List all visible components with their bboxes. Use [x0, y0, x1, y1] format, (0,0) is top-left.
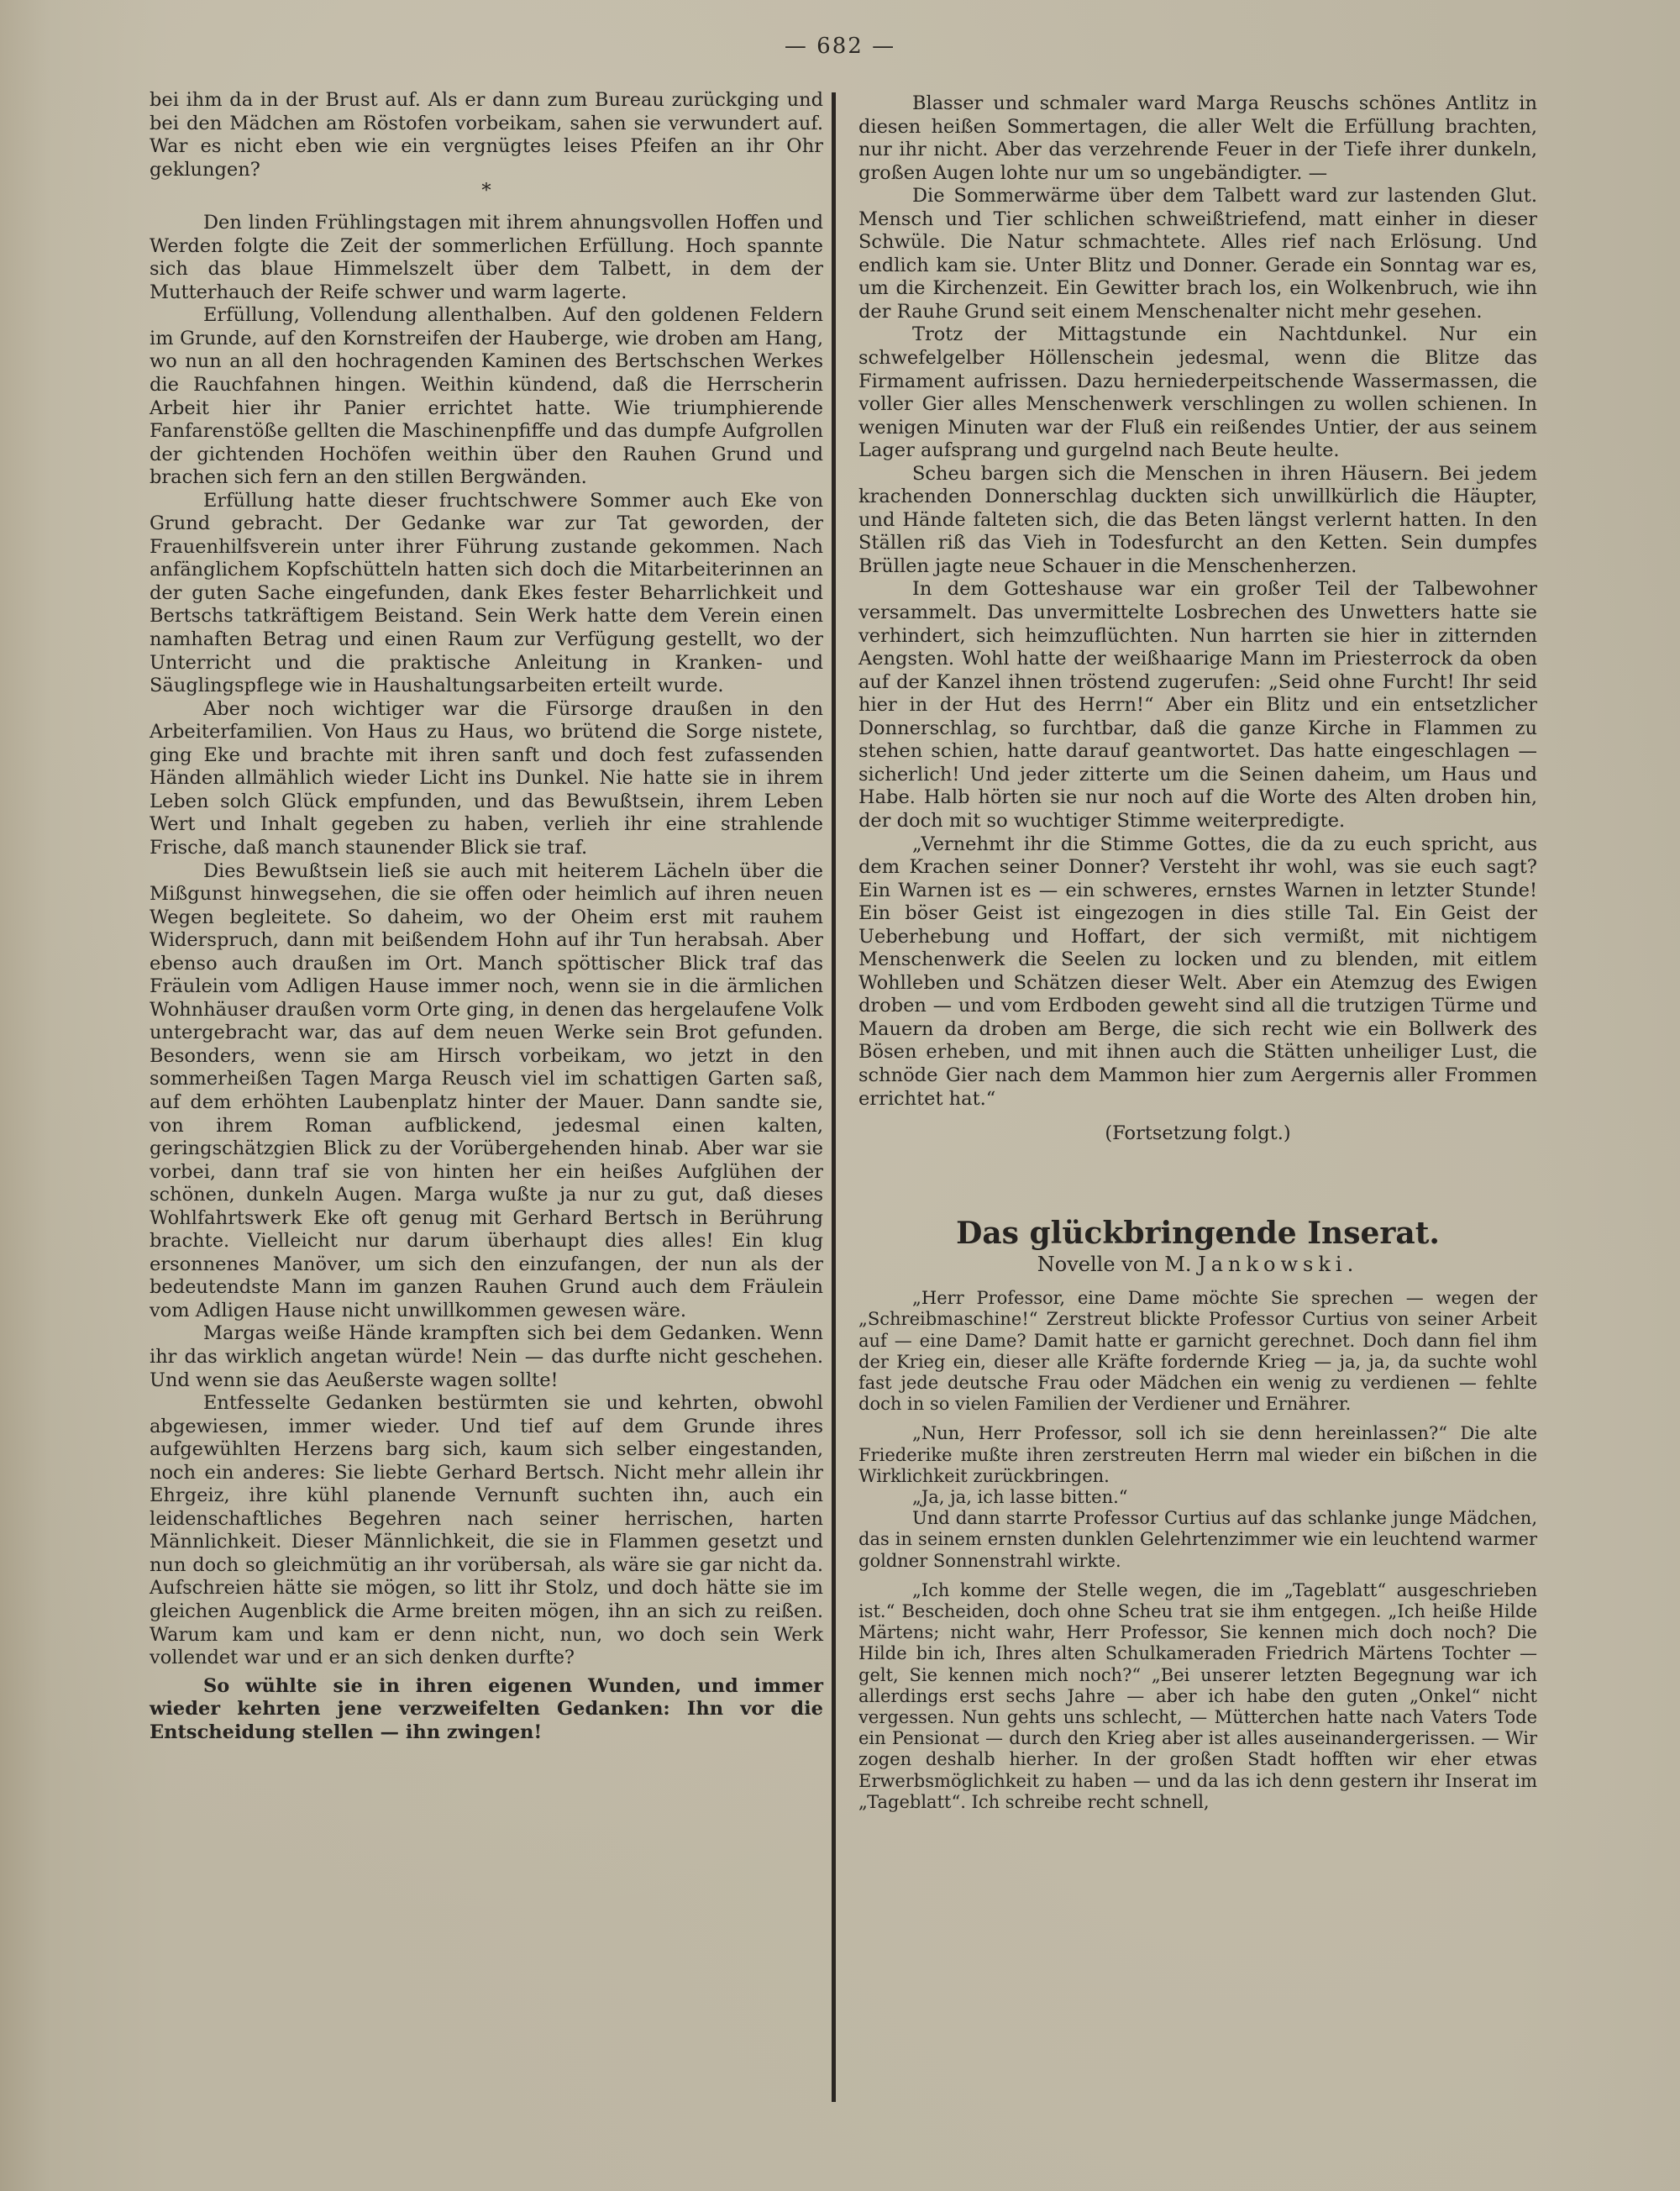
paragraph: „Herr Professor, eine Dame möchte Sie sp…: [858, 1288, 1537, 1415]
paragraph: bei ihm da in der Brust auf. Als er dann…: [150, 89, 823, 181]
paragraph: Und dann starrte Professor Curtius auf d…: [858, 1508, 1537, 1572]
story-body: „Herr Professor, eine Dame möchte Sie sp…: [858, 1288, 1537, 1813]
byline-prefix: Novelle von M.: [1037, 1253, 1192, 1276]
spacer: [150, 202, 823, 212]
paragraph: Erfüllung hatte dieser fruchtschwere Som…: [150, 490, 823, 698]
paragraph: Blasser und schmaler ward Marga Reuschs …: [858, 92, 1537, 185]
paragraph: Erfüllung, Vollendung allenthalben. Auf …: [150, 304, 823, 489]
paragraph: Scheu bargen sich die Menschen in ihren …: [858, 463, 1537, 579]
paragraph: „Ich komme der Stelle wegen, die im „Tag…: [858, 1580, 1537, 1813]
paragraph: Entfesselte Gedanken bestürmten sie und …: [150, 1392, 823, 1670]
page-number: — 682 —: [0, 34, 1680, 59]
paragraph: Margas weiße Hände krampften sich bei de…: [150, 1322, 823, 1392]
column-divider: [832, 92, 836, 2102]
story-byline: Novelle von M. Jankowski.: [858, 1253, 1537, 1277]
paragraph: Dies Bewußtsein ließ sie auch mit heiter…: [150, 860, 823, 1323]
paragraph: „Nun, Herr Professor, soll ich sie denn …: [858, 1423, 1537, 1487]
paragraph: Den linden Frühlingstagen mit ihrem ahnu…: [150, 212, 823, 304]
byline-author: Jankowski.: [1198, 1253, 1358, 1276]
paragraph: „Ja, ja, ich lasse bitten.“: [858, 1487, 1537, 1508]
section-separator: *: [150, 181, 823, 202]
story-title: Das glückbringende Inserat.: [858, 1215, 1537, 1252]
continued-note: (Fortsetzung folgt.): [858, 1122, 1537, 1146]
paragraph-closing: So wühlte sie in ihren eigenen Wunden, u…: [150, 1675, 823, 1745]
paragraph: Trotz der Mittagstunde ein Nachtdunkel. …: [858, 323, 1537, 462]
paragraph: In dem Gotteshause war ein großer Teil d…: [858, 578, 1537, 833]
paragraph: Die Sommerwärme über dem Talbett ward zu…: [858, 185, 1537, 323]
paragraph: „Vernehmt ihr die Stimme Gottes, die da …: [858, 833, 1537, 1111]
paragraph: Aber noch wichtiger war die Fürsorge dra…: [150, 698, 823, 860]
left-column: bei ihm da in der Brust auf. Als er dann…: [150, 89, 823, 1744]
right-column: Blasser und schmaler ward Marga Reuschs …: [858, 89, 1537, 1813]
